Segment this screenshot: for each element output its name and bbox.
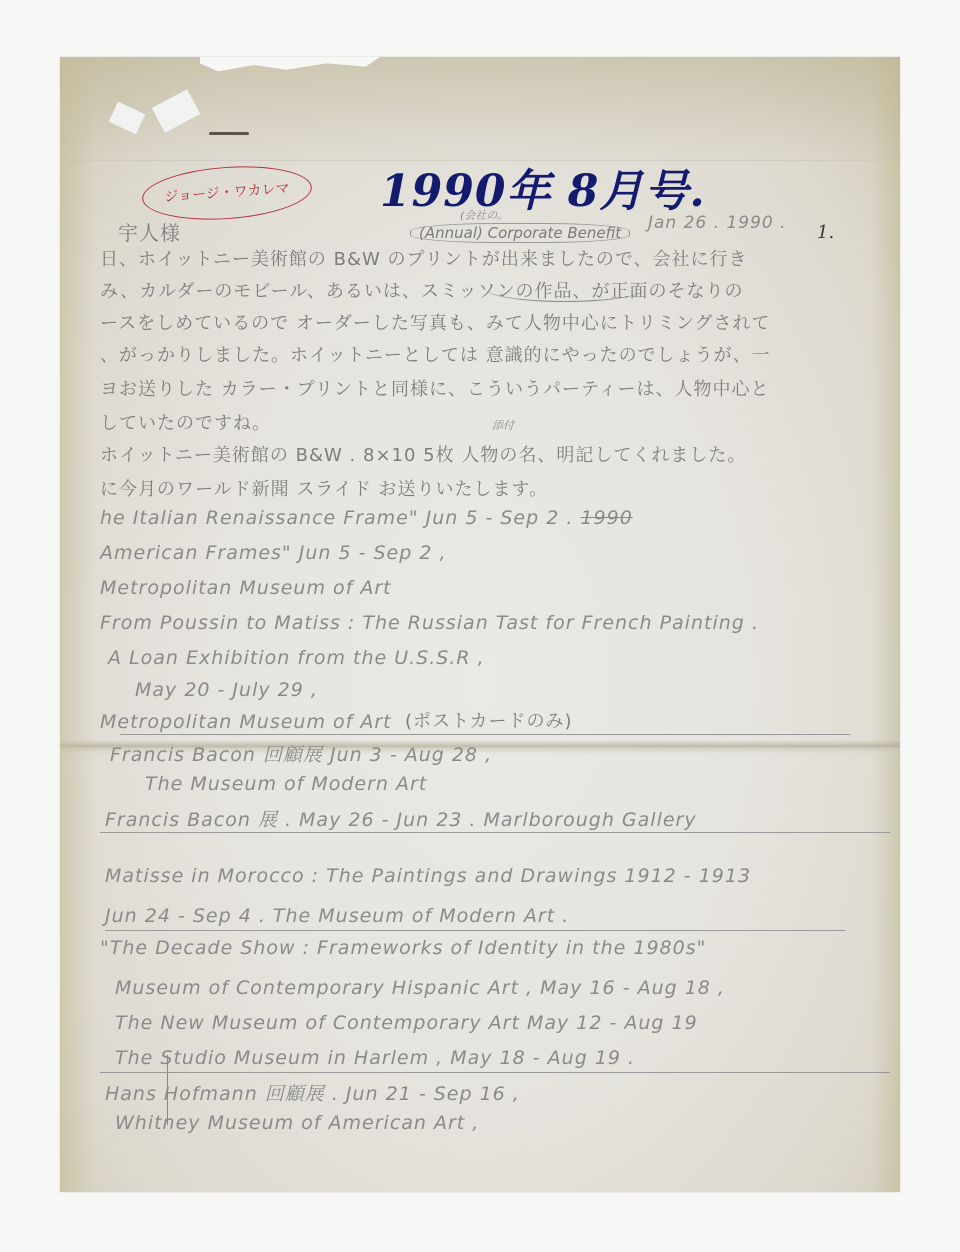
torn-edge bbox=[200, 57, 380, 73]
letter-line: していたのですね。 bbox=[100, 409, 271, 435]
letter-line: 日、ホイットニー美術館の B&W のプリントが出来ましたので、会社に行き bbox=[100, 245, 747, 271]
insertion-mark: 添付 bbox=[492, 417, 514, 433]
exhibition-line: The Museum of Modern Art bbox=[145, 773, 427, 795]
tape-fragment bbox=[152, 89, 200, 133]
letter-line: み、カルダーのモビール、あるいは、スミッソンの作品、が正面のそなりの bbox=[100, 277, 743, 303]
exhibition-line: Whitney Museum of American Art , bbox=[115, 1112, 479, 1134]
page-number: 1. bbox=[817, 222, 834, 243]
underline bbox=[100, 832, 890, 833]
exhibition-line: Jun 24 - Sep 4 . The Museum of Modern Ar… bbox=[105, 905, 569, 927]
underline bbox=[120, 734, 850, 735]
exhibition-line: Hans Hofmann 回顧展 . Jun 21 - Sep 16 , bbox=[105, 1079, 520, 1106]
letter-line: ースをしめているので オーダーした写真も、みて人物中心にトリミングされて bbox=[100, 309, 770, 335]
paper-edge-aging bbox=[870, 57, 900, 1192]
salutation: 宇人様 bbox=[118, 217, 181, 246]
exhibition-title: he Italian Renaissance Frame" Jun 5 - Se… bbox=[100, 507, 573, 529]
exhibition-line: Francis Bacon 展 . May 26 - Jun 23 . Marl… bbox=[105, 805, 697, 832]
exhibition-line: The New Museum of Contemporary Art May 1… bbox=[115, 1012, 698, 1034]
exhibition-line: American Frames" Jun 5 - Sep 2 , bbox=[100, 542, 446, 564]
exhibition-line: The Studio Museum in Harlem , May 18 - A… bbox=[115, 1047, 635, 1069]
exhibition-line: Francis Bacon 回顧展 Jun 3 - Aug 28 , bbox=[110, 740, 492, 767]
exhibition-line: Metropolitan Museum of Art bbox=[100, 577, 392, 599]
tape-fragment bbox=[109, 102, 145, 135]
exhibition-line: From Poussin to Matiss : The Russian Tas… bbox=[100, 612, 759, 634]
letter-date: Jan 26 . 1990 . bbox=[648, 213, 787, 233]
underline bbox=[100, 1072, 890, 1073]
letter-line: ホイットニー美術館の B&W . 8×10 5枚 人物の名、明記してくれました。 bbox=[100, 441, 746, 467]
exhibition-line: A Loan Exhibition from the U.S.S.R , bbox=[108, 647, 485, 669]
exhibition-line: Museum of Contemporary Hispanic Art , Ma… bbox=[115, 977, 725, 999]
underline bbox=[105, 930, 845, 931]
exhibition-line: May 20 - July 29 , bbox=[135, 679, 318, 701]
annotation-circled: (Annual) Corporate Benefit bbox=[410, 223, 630, 243]
letter-line: 、がっかりしました。ホイットニーとしては 意識的にやったのでしょうが、一 bbox=[100, 341, 771, 367]
header-tag-circled: ジョージ・ワカレマ bbox=[140, 161, 313, 225]
exhibition-line: Matisse in Morocco : The Paintings and D… bbox=[105, 865, 751, 887]
letter-paper: ジョージ・ワカレマ 1990年 8月号. 1. (会社の。 (Annual) C… bbox=[60, 57, 900, 1192]
issue-label: 1990年 8月号. bbox=[380, 155, 706, 219]
exhibition-line: "The Decade Show : Frameworks of Identit… bbox=[100, 937, 706, 959]
struck-text: 1990 bbox=[580, 507, 632, 529]
exhibition-line: he Italian Renaissance Frame" Jun 5 - Se… bbox=[100, 507, 633, 529]
letter-line: に今月のワールド新聞 スライド お送りいたします。 bbox=[100, 475, 548, 501]
annotation-above: (会社の。 bbox=[460, 207, 508, 223]
letter-line: ヨお送りした カラー・プリントと同様に、こういうパーティーは、人物中心と bbox=[100, 375, 770, 401]
exhibition-line: Metropolitan Museum of Art bbox=[100, 711, 392, 733]
staple-icon bbox=[209, 132, 249, 135]
note-postcards-only: (ポストカードのみ) bbox=[405, 707, 573, 733]
